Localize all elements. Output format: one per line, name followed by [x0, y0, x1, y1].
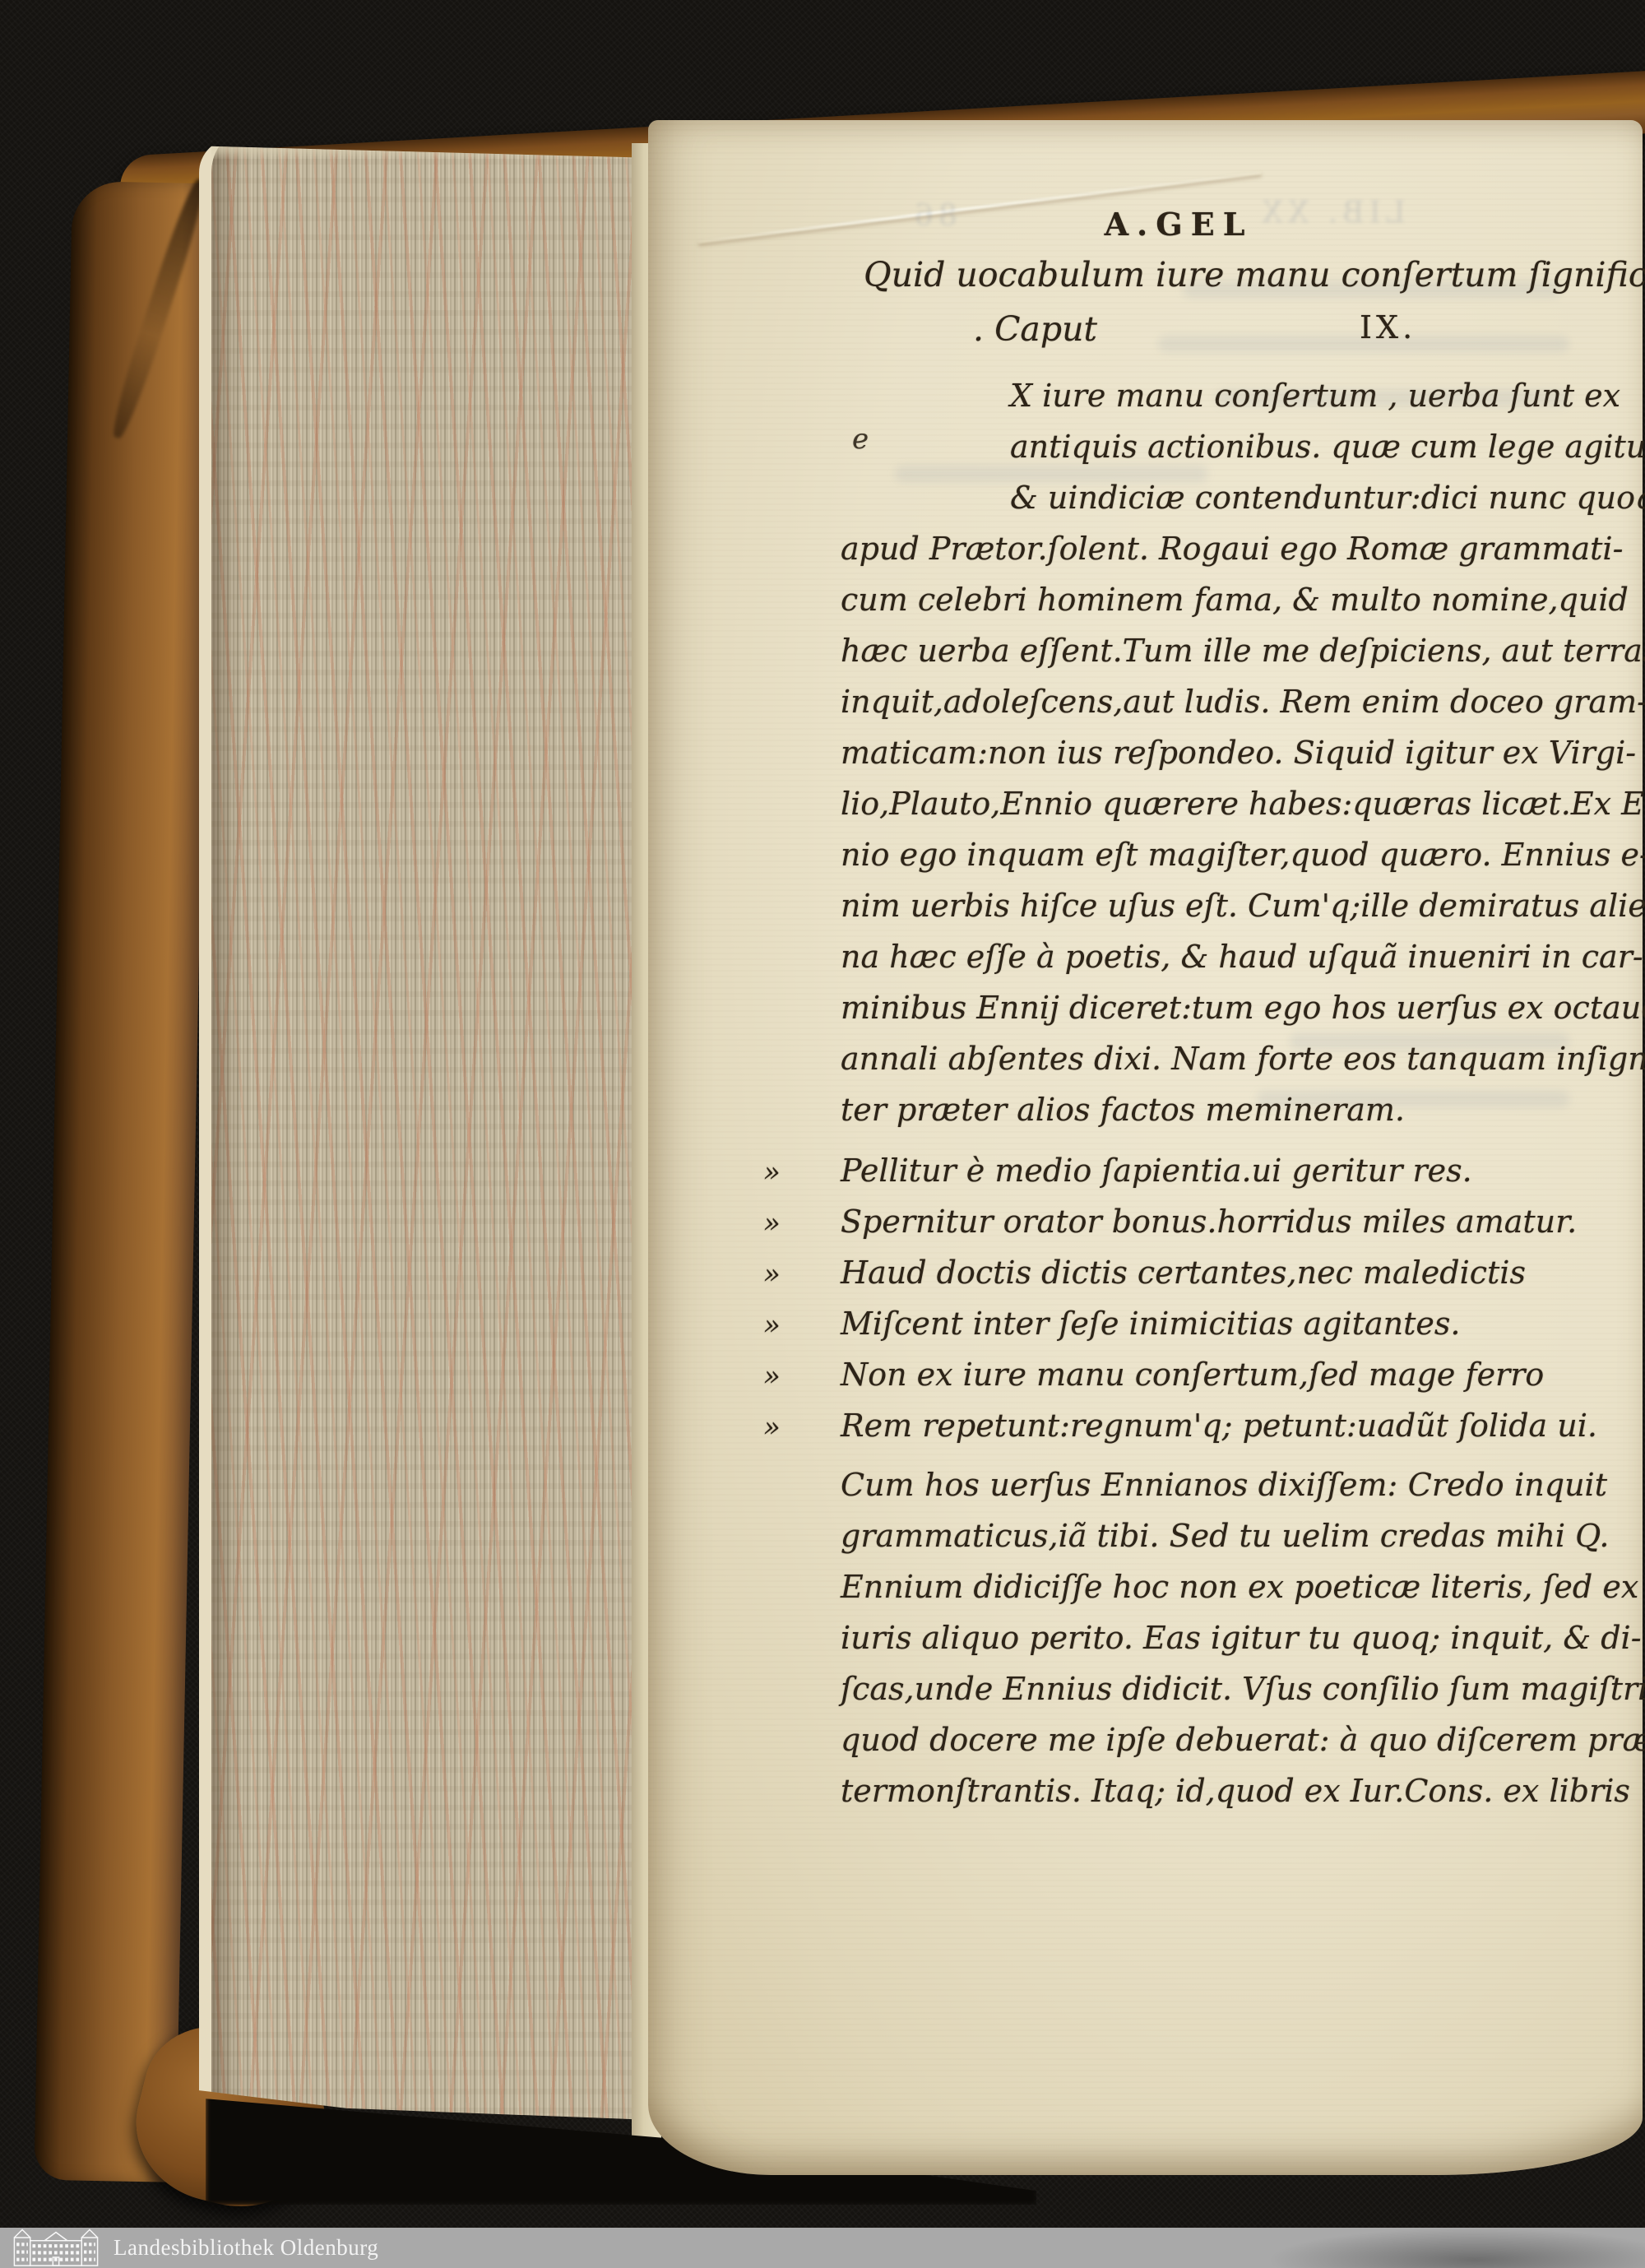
- text-line: hæc uerba eſſent.Tum ille me deſpiciens,…: [841, 625, 1607, 676]
- opening-lines: X iure manu conſertum , uerba ſunt exant…: [841, 370, 1607, 1135]
- chapter-title: Quid uocabulum iure manu conſertum ſigni…: [864, 255, 1606, 295]
- book-scan-photo: 86 LIB. XX A.GEL Quid uocabulum iure man…: [0, 0, 1645, 2268]
- quote-marker: »: [763, 1147, 841, 1198]
- quote-marker: »: [763, 1249, 841, 1300]
- text-line: Cum hos uerſus Ennianos dixiſſem: Credo …: [841, 1459, 1607, 1510]
- quote-marker: »: [763, 1198, 841, 1249]
- book-cover-left-edge: [34, 181, 214, 2182]
- caput-number: IX.: [1360, 309, 1416, 346]
- book-page: 86 LIB. XX A.GEL Quid uocabulum iure man…: [648, 120, 1643, 2175]
- text-line: grammaticus,iã tibi. Sed tu uelim credas…: [841, 1510, 1607, 1561]
- text-line: quod docere me ipſe debuerat: à quo diſc…: [841, 1714, 1607, 1765]
- library-building-icon: [7, 2229, 105, 2266]
- text-line: maticam:non ius reſpondeo. Siquid igitur…: [841, 727, 1607, 778]
- text-line: termonſtrantis. Itaq; id,quod ex Iur.Con…: [841, 1765, 1607, 1816]
- text-line: lio,Plauto,Ennio quærere habes:quæras li…: [841, 778, 1607, 829]
- text-line: cum celebri hominem fama, & multo nomine…: [841, 574, 1607, 625]
- text-line: antiquis actionibus. quæ cum lege agitur…: [841, 421, 1607, 472]
- text-line: iuris aliquo perito. Eas igitur tu quoq;…: [841, 1612, 1607, 1663]
- text-line: X iure manu conſertum , uerba ſunt ex: [841, 370, 1607, 421]
- text-line: ter præter alios factos memineram.: [841, 1084, 1607, 1135]
- running-header: A.GEL: [767, 206, 1590, 243]
- book-fore-edge: [199, 138, 660, 2132]
- text-line: »Rem repetunt:regnum'q; petunt:uadũt ſol…: [763, 1400, 1607, 1451]
- text-line: inquit,adoleſcens,aut ludis. Rem enim do…: [841, 676, 1607, 727]
- caput-label: . Caput: [973, 309, 1097, 349]
- footer-shadow: [1267, 2228, 1645, 2268]
- text-line: nim uerbis hiſce uſus eſt. Cum'q;ille de…: [841, 880, 1607, 931]
- text-line: annali abſentes dixi. Nam forte eos tanq…: [841, 1033, 1607, 1084]
- text-line: »Non ex iure manu conſertum,ſed mage fer…: [763, 1349, 1607, 1400]
- text-line: »Spernitur orator bonus.horridus miles a…: [763, 1196, 1607, 1247]
- text-line: & uindiciæ contenduntur:dici nunc quoq;: [841, 472, 1607, 523]
- text-line: nio ego inquam eſt magiſter,quod quæro. …: [841, 829, 1607, 880]
- text-line: »Haud doctis dictis certantes,nec maledi…: [763, 1247, 1607, 1298]
- caput-row: . Caput IX.: [973, 309, 1615, 349]
- library-stamp-bar: Landesbibliothek Oldenburg: [0, 2228, 1645, 2268]
- text-line: »Miſcent inter ſeſe inimicitias agitante…: [763, 1298, 1607, 1349]
- text-line: na hæc eſſe à poetis, & haud uſquã inuen…: [841, 931, 1607, 982]
- quote-marker: »: [763, 1351, 841, 1402]
- library-name: Landesbibliothek Oldenburg: [114, 2234, 378, 2260]
- text-line: »Pellitur è medio ſapientia.ui geritur r…: [763, 1145, 1607, 1196]
- closing-lines: Cum hos uerſus Ennianos dixiſſem: Credo …: [841, 1459, 1607, 1816]
- text-line: ſcas,unde Ennius didicit. Vſus conſilio …: [841, 1663, 1607, 1714]
- quote-marker: »: [763, 1402, 841, 1453]
- quote-lines: »Pellitur è medio ſapientia.ui geritur r…: [763, 1145, 1607, 1451]
- text-line: Ennium didiciſſe hoc non ex poeticæ lite…: [841, 1561, 1607, 1612]
- text-line: apud Prætor.ſolent. Rogaui ego Romæ gram…: [841, 523, 1607, 574]
- quote-marker: »: [763, 1300, 841, 1351]
- text-line: minibus Ennij diceret:tum ego hos uerſus…: [841, 982, 1607, 1033]
